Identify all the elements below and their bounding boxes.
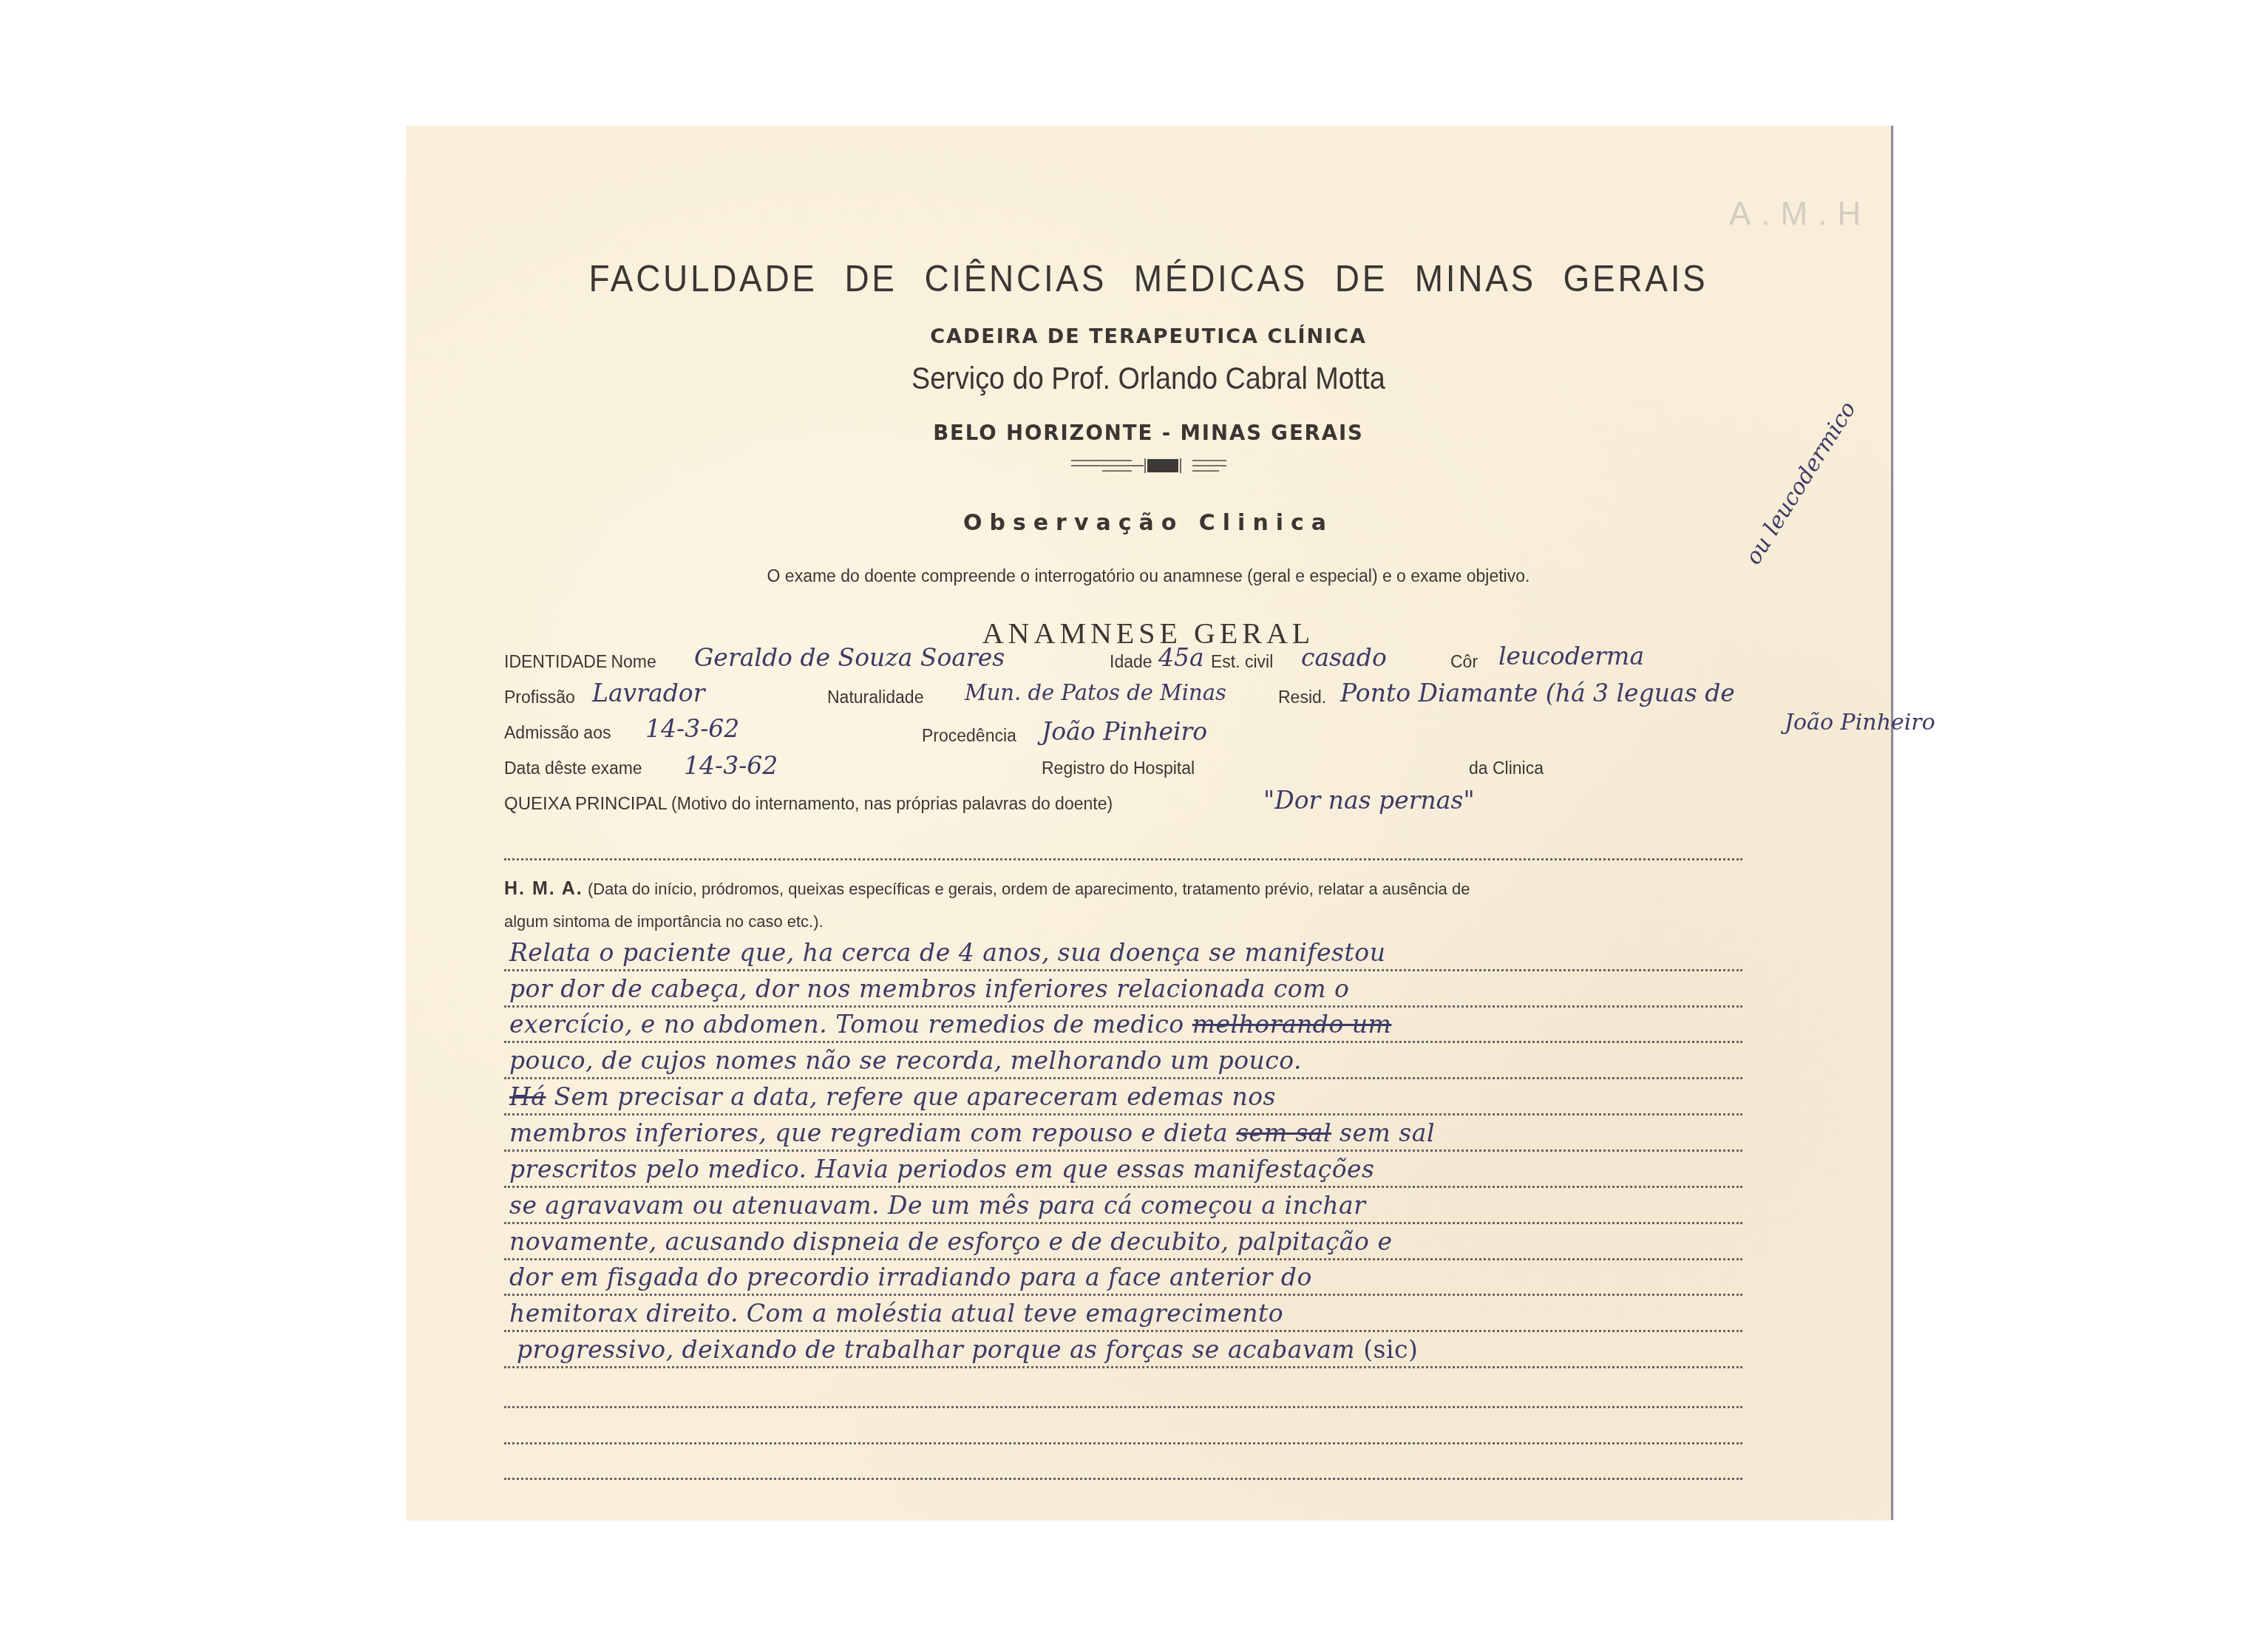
hospital-registry-label: Registro do Hospital — [1042, 758, 1195, 778]
color-label: Côr — [1450, 652, 1478, 672]
ornament-divider-icon — [1071, 457, 1226, 475]
hma-header: H. M. A. (Data do início, pródromos, que… — [504, 878, 1470, 900]
hma-ruled-line — [504, 1149, 1742, 1152]
hma-label: H. M. A. — [504, 878, 583, 899]
residence-label: Resid. — [1278, 687, 1326, 707]
hma-ruled-line — [504, 1406, 1742, 1408]
hma-handwritten-line: membros inferiores, que regrediam com re… — [509, 1118, 1435, 1147]
exam-date-field[interactable]: 14-3-62 — [684, 751, 778, 780]
hospital-registry-field[interactable] — [1226, 755, 1433, 781]
hma-ruled-line — [504, 1077, 1742, 1079]
corner-mark: A.M.H — [1729, 196, 1871, 233]
complaint-label: QUEIXA PRINCIPAL — [504, 794, 668, 814]
service-title: Serviço do Prof. Orlando Cabral Motta — [480, 361, 1816, 396]
civil-status-field[interactable]: casado — [1301, 643, 1387, 672]
line-text: dor em fisgada do precordio irradiando p… — [509, 1263, 1312, 1291]
hma-ruled-line — [504, 1478, 1742, 1480]
residence-field[interactable]: Ponto Diamante (há 3 leguas de — [1340, 679, 1735, 707]
hma-hint-line2: algum sintoma de importância no caso etc… — [504, 912, 824, 931]
line-text: Sem precisar a data, refere que aparecer… — [546, 1082, 1276, 1111]
admission-date-field[interactable]: 14-3-62 — [645, 714, 739, 743]
hma-ruled-line — [504, 1258, 1742, 1260]
hma-handwritten-line: por dor de cabeça, dor nos membros infer… — [509, 974, 1349, 1003]
struck-text: sem sal — [1236, 1118, 1331, 1147]
hma-hint-line1: (Data do início, pródromos, queixas espe… — [588, 880, 1470, 898]
clinic-registry-label: da Clinica — [1469, 758, 1544, 778]
hma-handwritten-line: novamente, acusando dispneia de esforço … — [509, 1227, 1392, 1256]
complaint-hint: (Motivo do internamento, nas próprias pa… — [671, 794, 1113, 813]
identity-section-label: IDENTIDADE — [504, 652, 607, 671]
line-text: exercício, e no abdomen. Tomou remedios … — [509, 1010, 1192, 1039]
complaint-row: QUEIXA PRINCIPAL (Motivo do internamento… — [504, 794, 1113, 815]
profession-label: Profissão — [504, 687, 575, 707]
hma-ruled-line — [504, 1041, 1742, 1043]
hma-ruled-line — [504, 969, 1742, 971]
complaint-line — [504, 858, 1742, 860]
hma-ruled-line — [504, 1366, 1742, 1368]
hma-handwritten-line: dor em fisgada do precordio irradiando p… — [509, 1263, 1312, 1291]
line-text: hemitorax direito. Com a moléstia atual … — [509, 1299, 1283, 1328]
admission-label: Admissão aos — [504, 723, 611, 743]
hma-ruled-line — [504, 1294, 1742, 1296]
name-label: Nome — [611, 652, 656, 671]
struck-text: Há — [509, 1082, 546, 1111]
civil-status-label: Est. civil — [1211, 652, 1273, 672]
hma-ruled-line — [504, 1330, 1742, 1332]
birthplace-label: Naturalidade — [827, 687, 923, 707]
age-label: Idade — [1110, 652, 1152, 672]
hma-handwritten-line: pouco, de cujos nomes não se recorda, me… — [509, 1046, 1302, 1075]
institution-title: FACULDADE DE CIÊNCIAS MÉDICAS DE MINAS G… — [465, 257, 1831, 300]
sic-annotation: (sic) — [1355, 1335, 1418, 1364]
birthplace-field[interactable]: Mun. de Patos de Minas — [965, 680, 1226, 705]
color-field[interactable]: leucoderma — [1498, 642, 1644, 670]
hma-handwritten-line: se agravavam ou atenuavam. De um mês par… — [509, 1191, 1366, 1220]
name-field[interactable]: Geraldo de Souza Soares — [694, 643, 1005, 672]
hma-handwritten-line: exercício, e no abdomen. Tomou remedios … — [509, 1010, 1391, 1039]
origin-label: Procedência — [922, 726, 1016, 746]
insertion-text: sem sal — [1331, 1118, 1435, 1147]
hma-ruled-line — [504, 1186, 1742, 1188]
line-text: pouco, de cujos nomes não se recorda, me… — [509, 1046, 1302, 1075]
department-title: CADEIRA DE TERAPEUTICA CLÍNICA — [406, 325, 1891, 348]
complaint-field[interactable]: "Dor nas pernas" — [1263, 786, 1475, 815]
hma-handwritten-line: hemitorax direito. Com a moléstia atual … — [509, 1299, 1283, 1328]
medical-form-sheet: A.M.H FACULDADE DE CIÊNCIAS MÉDICAS DE M… — [406, 126, 1893, 1520]
identity-row: IDENTIDADE Nome — [504, 652, 656, 672]
struck-text: melhorando um — [1192, 1010, 1392, 1039]
line-text: Relata o paciente que, ha cerca de 4 ano… — [509, 938, 1385, 967]
section-title-anamnese: ANAMNESE GERAL — [406, 616, 1891, 651]
hma-ruled-line — [504, 1113, 1742, 1115]
line-text: se agravavam ou atenuavam. De um mês par… — [509, 1191, 1366, 1220]
hma-ruled-line — [504, 1005, 1742, 1008]
exam-date-label: Data dêste exame — [504, 758, 642, 778]
residence-field-cont: João Pinheiro — [1785, 710, 1935, 736]
form-intro: O exame do doente compreende o interroga… — [406, 566, 1891, 586]
line-text: prescritos pelo medico. Havia periodos e… — [509, 1155, 1375, 1184]
origin-field[interactable]: João Pinheiro — [1042, 717, 1207, 746]
line-text: novamente, acusando dispneia de esforço … — [509, 1227, 1392, 1256]
hma-handwritten-line: Relata o paciente que, ha cerca de 4 ano… — [509, 938, 1385, 967]
form-title: Observação Clinica — [406, 510, 1891, 536]
hma-handwritten-line: progressivo, deixando de trabalhar porqu… — [517, 1335, 1418, 1364]
line-text: por dor de cabeça, dor nos membros infer… — [509, 974, 1349, 1003]
hma-ruled-line — [504, 1442, 1742, 1444]
hma-handwritten-line: Há Sem precisar a data, refere que apare… — [509, 1082, 1276, 1111]
clinic-registry-field[interactable] — [1559, 755, 1736, 781]
hma-ruled-line — [504, 1222, 1742, 1224]
line-text: membros inferiores, que regrediam com re… — [509, 1118, 1236, 1147]
line-text: progressivo, deixando de trabalhar porqu… — [517, 1335, 1355, 1364]
age-field[interactable]: 45a — [1158, 643, 1204, 672]
profession-field[interactable]: Lavrador — [592, 679, 704, 707]
hma-handwritten-line: prescritos pelo medico. Havia periodos e… — [509, 1155, 1375, 1184]
location-title: BELO HORIZONTE - MINAS GERAIS — [443, 420, 1854, 445]
